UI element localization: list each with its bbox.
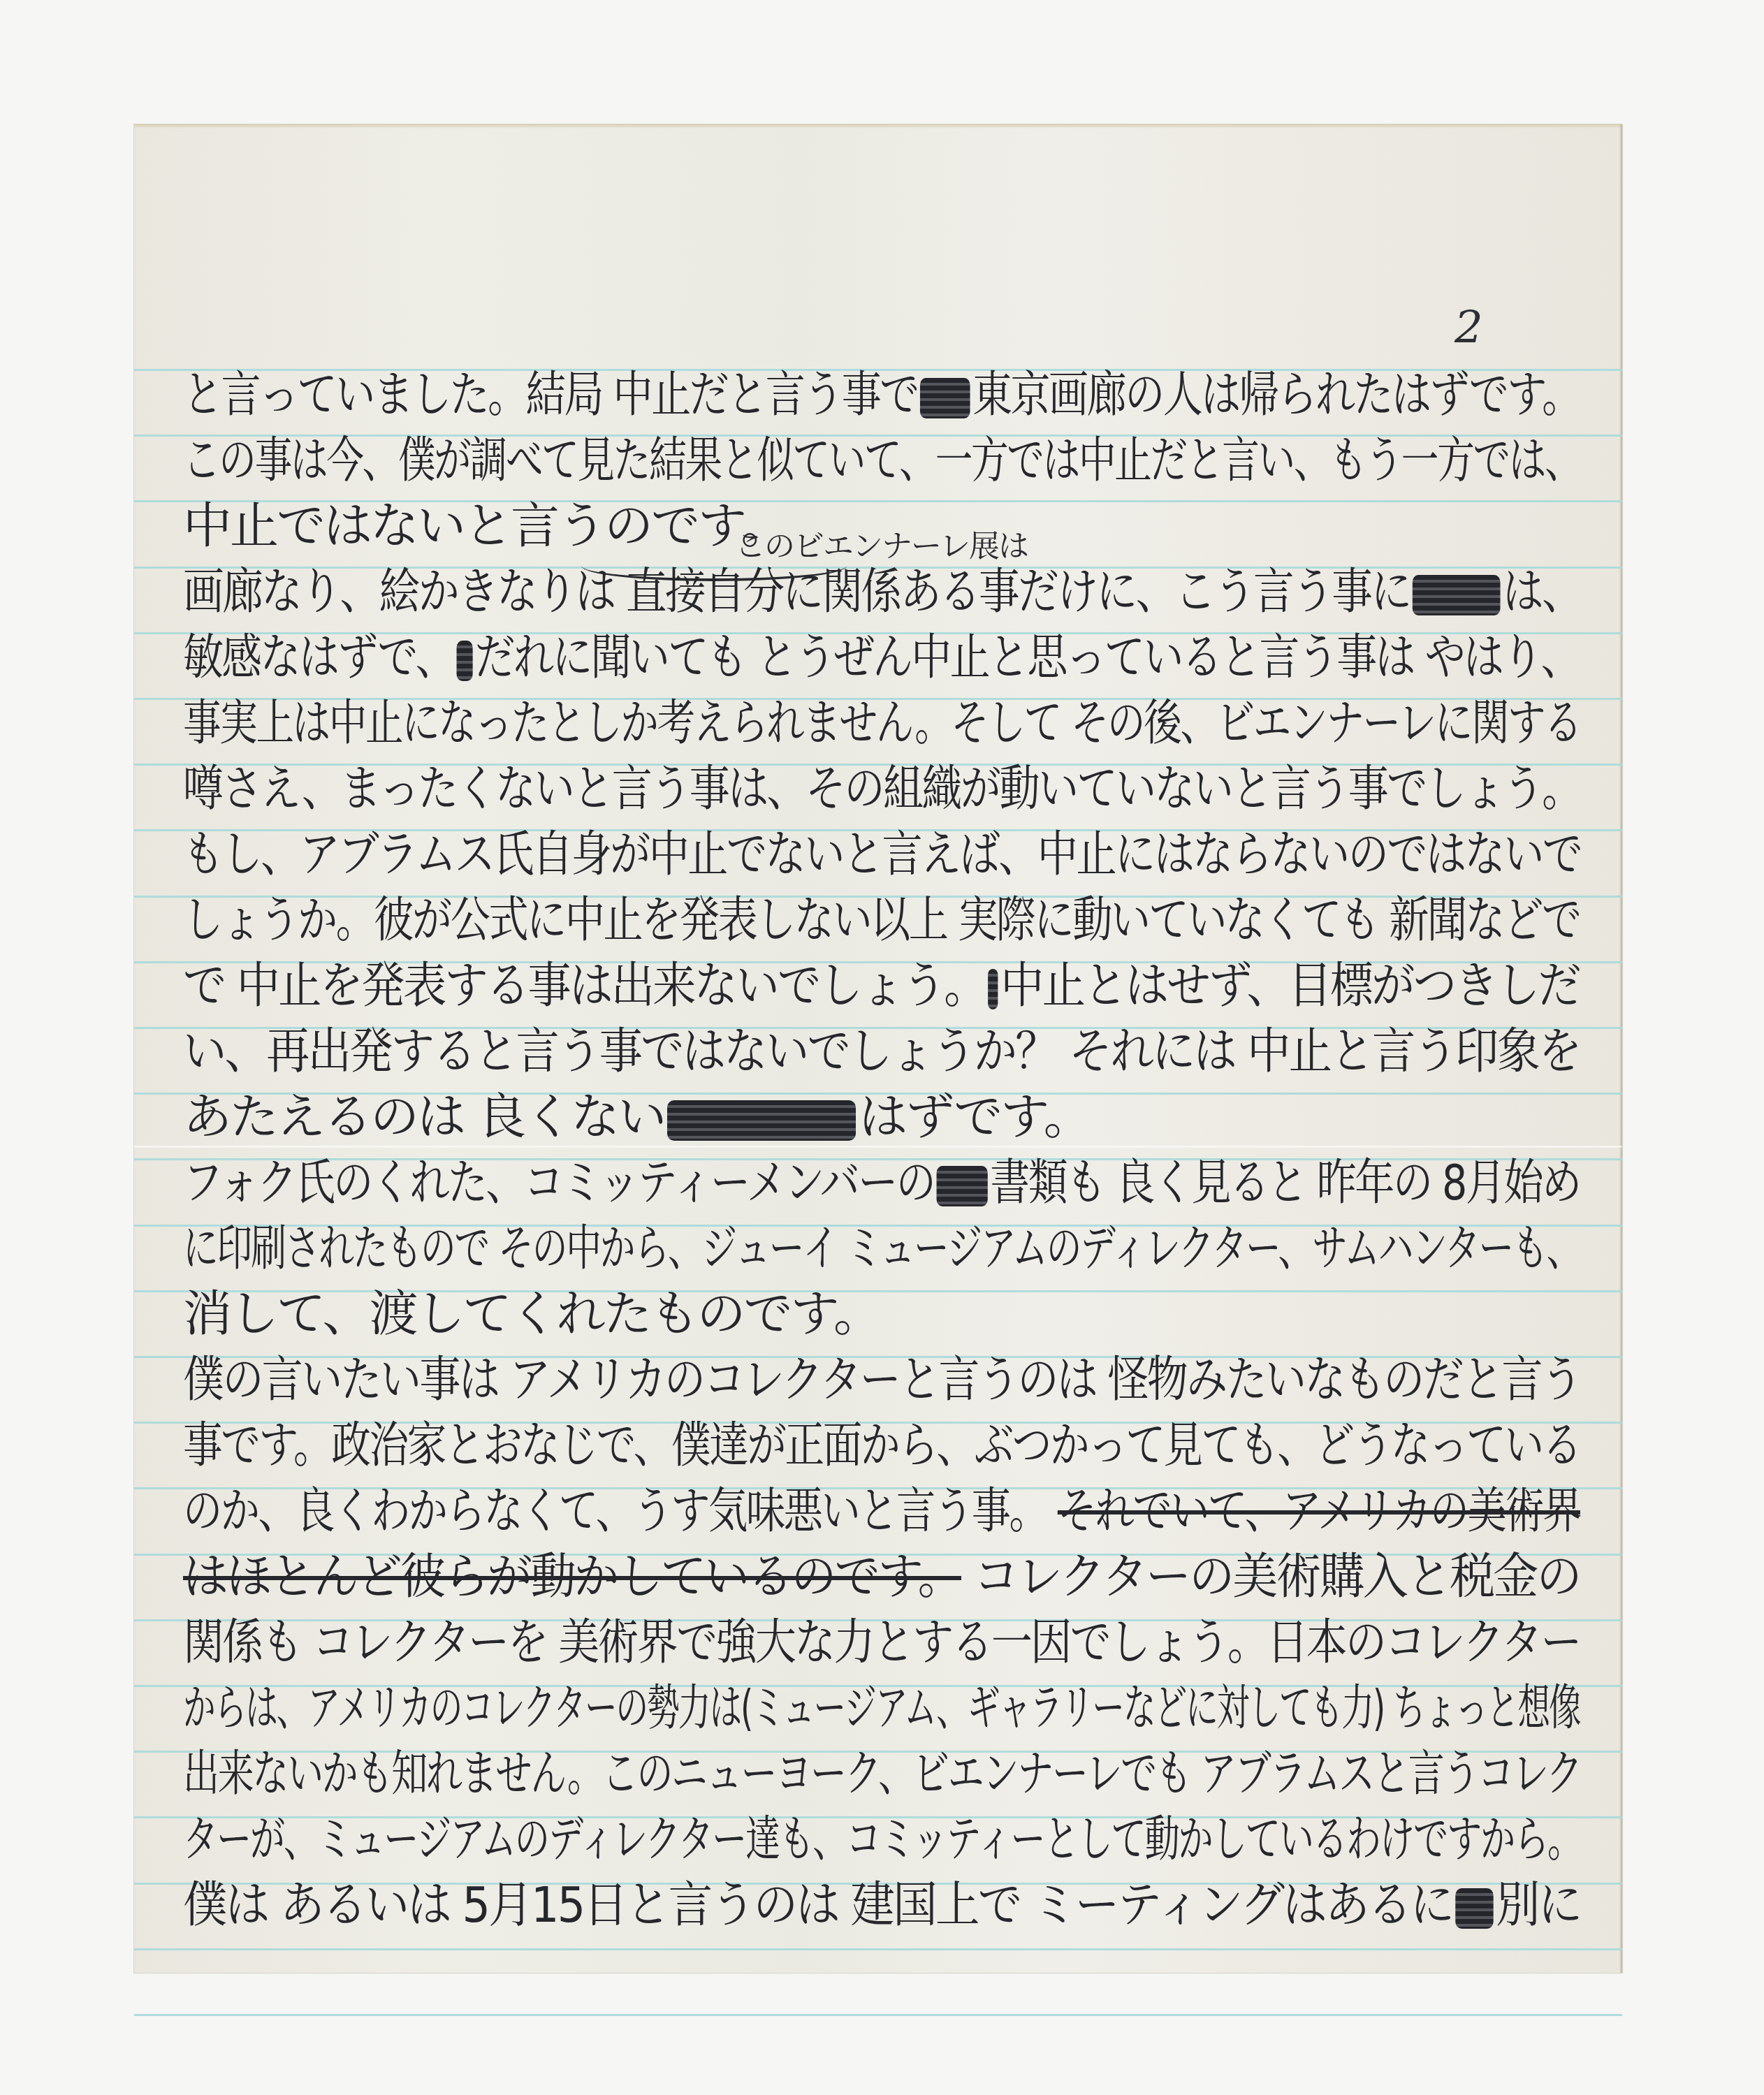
rule-line — [134, 2014, 1622, 2016]
line-1: と言っていました。結局 中止だと言う事で東京画廊の人は帰られたはずです。 — [183, 362, 1580, 428]
struck-through-text: それでいて、アメリカの美術界 — [1058, 1482, 1580, 1540]
line-10: で 中止を発表する事は出来ないでしょう。中止とはせず、目標がつきしだ — [183, 953, 1580, 1019]
line-6: 事実上は中止になったとしか考えられません。そして その後、ビエンナーレに関する — [183, 690, 1581, 756]
scribbled-out-word — [920, 378, 970, 418]
scribbled-out-word — [667, 1100, 856, 1141]
page-number: 2 — [1455, 302, 1483, 354]
paper-right-edge — [1619, 124, 1622, 1973]
line-9: しょうか。彼が公式に中止を発表しない以上 実際に動いていなくても 新聞などで — [183, 887, 1580, 953]
scribbled-out-mark — [988, 969, 998, 1009]
line-2: この事は今、僕が調べて見た結果と似ていて、一方では中止だと言い、もう一方では、 — [183, 428, 1580, 493]
line-19: はほとんど彼らが動かしているのです。 コレクターの美術購入と税金の — [183, 1544, 1580, 1609]
line-13: フォク氏のくれた、コミッティーメンバーの書類も 良く見ると 昨年の 8月始め — [183, 1150, 1580, 1216]
line-23: ターが、ミュージアムのディレクター達も、コミッティーとして動かしているわけですか… — [183, 1806, 1581, 1872]
scribbled-out-word — [937, 1166, 988, 1206]
line-12: あたえるのは 良くないはずです。 — [183, 1084, 1091, 1150]
letter-paper: 2 このビエンナーレ展は と言っていました。結局 中止だと言う事で東京画廊の人は… — [134, 124, 1622, 1973]
line-18: のか、良くわからなくて、うす気味悪いと言う事。 それでいて、アメリカの美術界 — [183, 1478, 1580, 1544]
line-15: 消して、渡してくれたものです。 — [183, 1281, 880, 1347]
line-20: 関係も コレクターを 美術界で強大な力とする一因でしょう。日本のコレクター — [183, 1609, 1580, 1675]
scribbled-out-word — [1455, 1888, 1493, 1929]
paper-top-edge — [134, 124, 1622, 129]
line-8: もし、アブラムス氏自身が中止でないと言えば、中止にはならないのではないで — [183, 822, 1581, 887]
line-17: 事です。政治家とおなじで、僕達が正面から、ぶつかって見ても、どうなっている — [183, 1413, 1580, 1478]
line-14: に印刷されたもので その中から、ジューイ ミュージアムのディレクター、サムハンタ… — [183, 1216, 1580, 1281]
struck-through-text: はほとんど彼らが動かしているのです。 — [183, 1548, 961, 1605]
line-24: 僕は あるいは 5月15日と言うのは 建国上で ミーティングはあるに別に — [183, 1872, 1581, 1938]
line-11: い、再出発すると言う事ではないでしょうか？ それには 中止と言う印象を — [183, 1019, 1580, 1084]
line-3: 中止ではないと言うのです。 — [183, 493, 787, 559]
line-22: 出来ないかも知れません。このニューヨーク、ビエンナーレでも アブラムスと言うコレ… — [183, 1741, 1581, 1806]
line-21: からは、アメリカのコレクターの勢力は(ミュージアム、ギャラリーなどに対しても力)… — [183, 1675, 1580, 1741]
line-16: 僕の言いたい事は アメリカのコレクターと言うのは 怪物みたいなものだと言う — [183, 1347, 1580, 1413]
line-5: 敏感なはずで、だれに聞いても とうぜん中止と思っていると言う事は やはり、 — [183, 625, 1580, 690]
scribbled-out-word — [1413, 575, 1501, 615]
rule-line — [134, 1948, 1622, 1950]
scribbled-out-word — [456, 641, 472, 681]
line-7: 噂さえ、まったくないと言う事は、その組織が動いていないと言う事でしょう。 — [183, 756, 1581, 822]
line-4: 画廊なり、絵かきなりは 直接自分に関係ある事だけに、こう言う事には、 — [183, 559, 1581, 625]
